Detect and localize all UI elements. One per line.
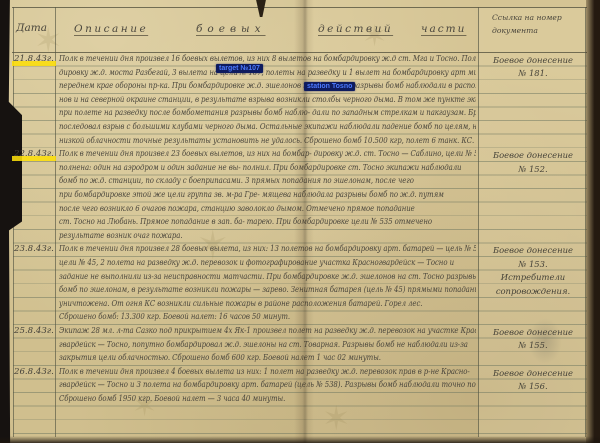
handwritten-line: дировку ж.д. моста Разбегай, 3 вылета на…	[59, 67, 476, 81]
entry-reference-note: Боевое донесение№ 155.	[483, 326, 583, 353]
handwritten-line: Сброшено бомб: 13.300 кгр. Боевой налет:…	[59, 311, 476, 325]
reference-note-line: Боевое донесение	[483, 244, 583, 257]
reference-note-line: сопровождения.	[483, 285, 583, 298]
handwritten-line: цели № 45, 2 полета на разведку ж.д. пер…	[59, 257, 476, 271]
reference-note-line: № 152.	[483, 163, 583, 176]
handwritten-line: после чего возникло 6 очагов пожара, ста…	[59, 203, 476, 217]
reference-note-line: Боевое донесение	[483, 367, 583, 380]
reference-note-line: № 153.	[483, 258, 583, 271]
reference-note-line: № 181.	[483, 67, 583, 80]
column-header-description-word: действий	[318, 23, 393, 35]
handwritten-line: Полк в течении дня произвел 28 боевых вы…	[59, 243, 476, 257]
reference-note-line: № 155.	[483, 339, 583, 352]
entry-description: Полк в течении дня произвел 23 боевых вы…	[59, 148, 476, 243]
handwritten-line: Полк в течении дня произвел 4 боевых выл…	[59, 366, 476, 380]
handwritten-line: низкой облачности точные результаты уста…	[59, 135, 476, 149]
reference-note-line: № 156.	[483, 380, 583, 393]
handwritten-line: уничтожена. От огня КС возникли сильные …	[59, 298, 476, 312]
war-diary-scan: ✶ ✶ ✶ ✶ ✶ Дата Описание боевых действий …	[0, 0, 600, 443]
reference-note-line: Боевое донесение	[483, 54, 583, 67]
handwritten-line: Полк в течении дня произвел 16 боевых вы…	[59, 53, 476, 67]
handwritten-line: задание не выполнили из-за неисправности…	[59, 271, 476, 285]
handwritten-line: переднем крае обороны пр-ка. При бомбард…	[59, 80, 476, 94]
column-header-reference-line2: документа	[492, 24, 584, 37]
entry-date: 22.8.43г.	[14, 148, 55, 162]
column-header-reference-line1: Ссылка на номер	[492, 11, 584, 24]
entry-description: Экипаж 28 мл. л-та Сазко под прикрытием …	[59, 325, 476, 366]
handwritten-line: бомб по эшелонам, в результате возникли …	[59, 284, 476, 298]
reference-note-line: Боевое донесение	[483, 149, 583, 162]
column-header-reference: Ссылка на номер документа	[492, 11, 584, 37]
column-header-description-word: боевых	[196, 23, 266, 35]
handwritten-line: Полк в течении дня произвел 23 боевых вы…	[59, 148, 476, 162]
reference-note-line: Истребители	[483, 271, 583, 284]
station-annotation-badge: station Tosno	[304, 82, 355, 91]
entry-reference-note: Боевое донесение№ 152.	[483, 149, 583, 176]
handwritten-line: Сброшено бомб 1950 кгр. Боевой налет — 3…	[59, 393, 476, 407]
entry-reference-note: Боевое донесение№ 156.	[483, 367, 583, 394]
entry-date: 26.8.43г.	[14, 366, 55, 380]
handwritten-line: последовал взрыв с большими клубами черн…	[59, 121, 476, 135]
column-header-description-word: части	[421, 23, 466, 35]
handwritten-line: Экипаж 28 мл. л-та Сазко под прикрытием …	[59, 325, 476, 339]
handwritten-line: закрытия цели облачностью. Сброшено бомб…	[59, 352, 476, 366]
scan-edge-right	[586, 0, 600, 443]
entry-description: Полк в течении дня произвел 28 боевых вы…	[59, 243, 476, 325]
handwritten-line: нов и на северной окраине станции, в рез…	[59, 94, 476, 108]
handwritten-line: при полете на разведку после бомбометани…	[59, 107, 476, 121]
target-annotation-badge: target №107	[216, 64, 263, 73]
handwritten-line: результате возник очаг пожара.	[59, 230, 476, 244]
handwritten-line: полнена: один на аэродром и один задание…	[59, 162, 476, 176]
column-header-date: Дата	[16, 22, 47, 34]
reference-note-line: Боевое донесение	[483, 326, 583, 339]
book-fold-shadow	[294, 0, 314, 443]
entry-date: 25.8.43г.	[14, 325, 55, 339]
entry-description: Полк в течении дня произвел 4 боевых выл…	[59, 366, 476, 407]
handwritten-line: гвардейск — Тосно и 3 полета на бомбарди…	[59, 379, 476, 393]
handwritten-line: при бомбардировке этой же цели группа зв…	[59, 189, 476, 203]
column-header-description-word: Описание	[74, 23, 148, 35]
entry-reference-note: Боевое донесение№ 153.Истребителисопрово…	[483, 244, 583, 298]
entry-reference-note: Боевое донесение№ 181.	[483, 54, 583, 81]
handwritten-line: гвардейск — Тосно, попутно бомбардировал…	[59, 339, 476, 353]
handwritten-line: ст. Тосно на Любань. Прямое попадание в …	[59, 216, 476, 230]
station-annotation-label: station Tosno	[307, 83, 352, 90]
entry-date: 23.8.43г.	[14, 243, 55, 257]
paper-tear	[254, 0, 268, 17]
target-annotation-label: target №107	[219, 65, 260, 72]
handwritten-line: бомб по ж.д. станции, по складу с боепри…	[59, 175, 476, 189]
entry-description: Полк в течении дня произвел 16 боевых вы…	[59, 53, 476, 148]
entry-date: 21.8.43г.	[14, 53, 55, 67]
scan-edge-bottom	[0, 436, 600, 443]
